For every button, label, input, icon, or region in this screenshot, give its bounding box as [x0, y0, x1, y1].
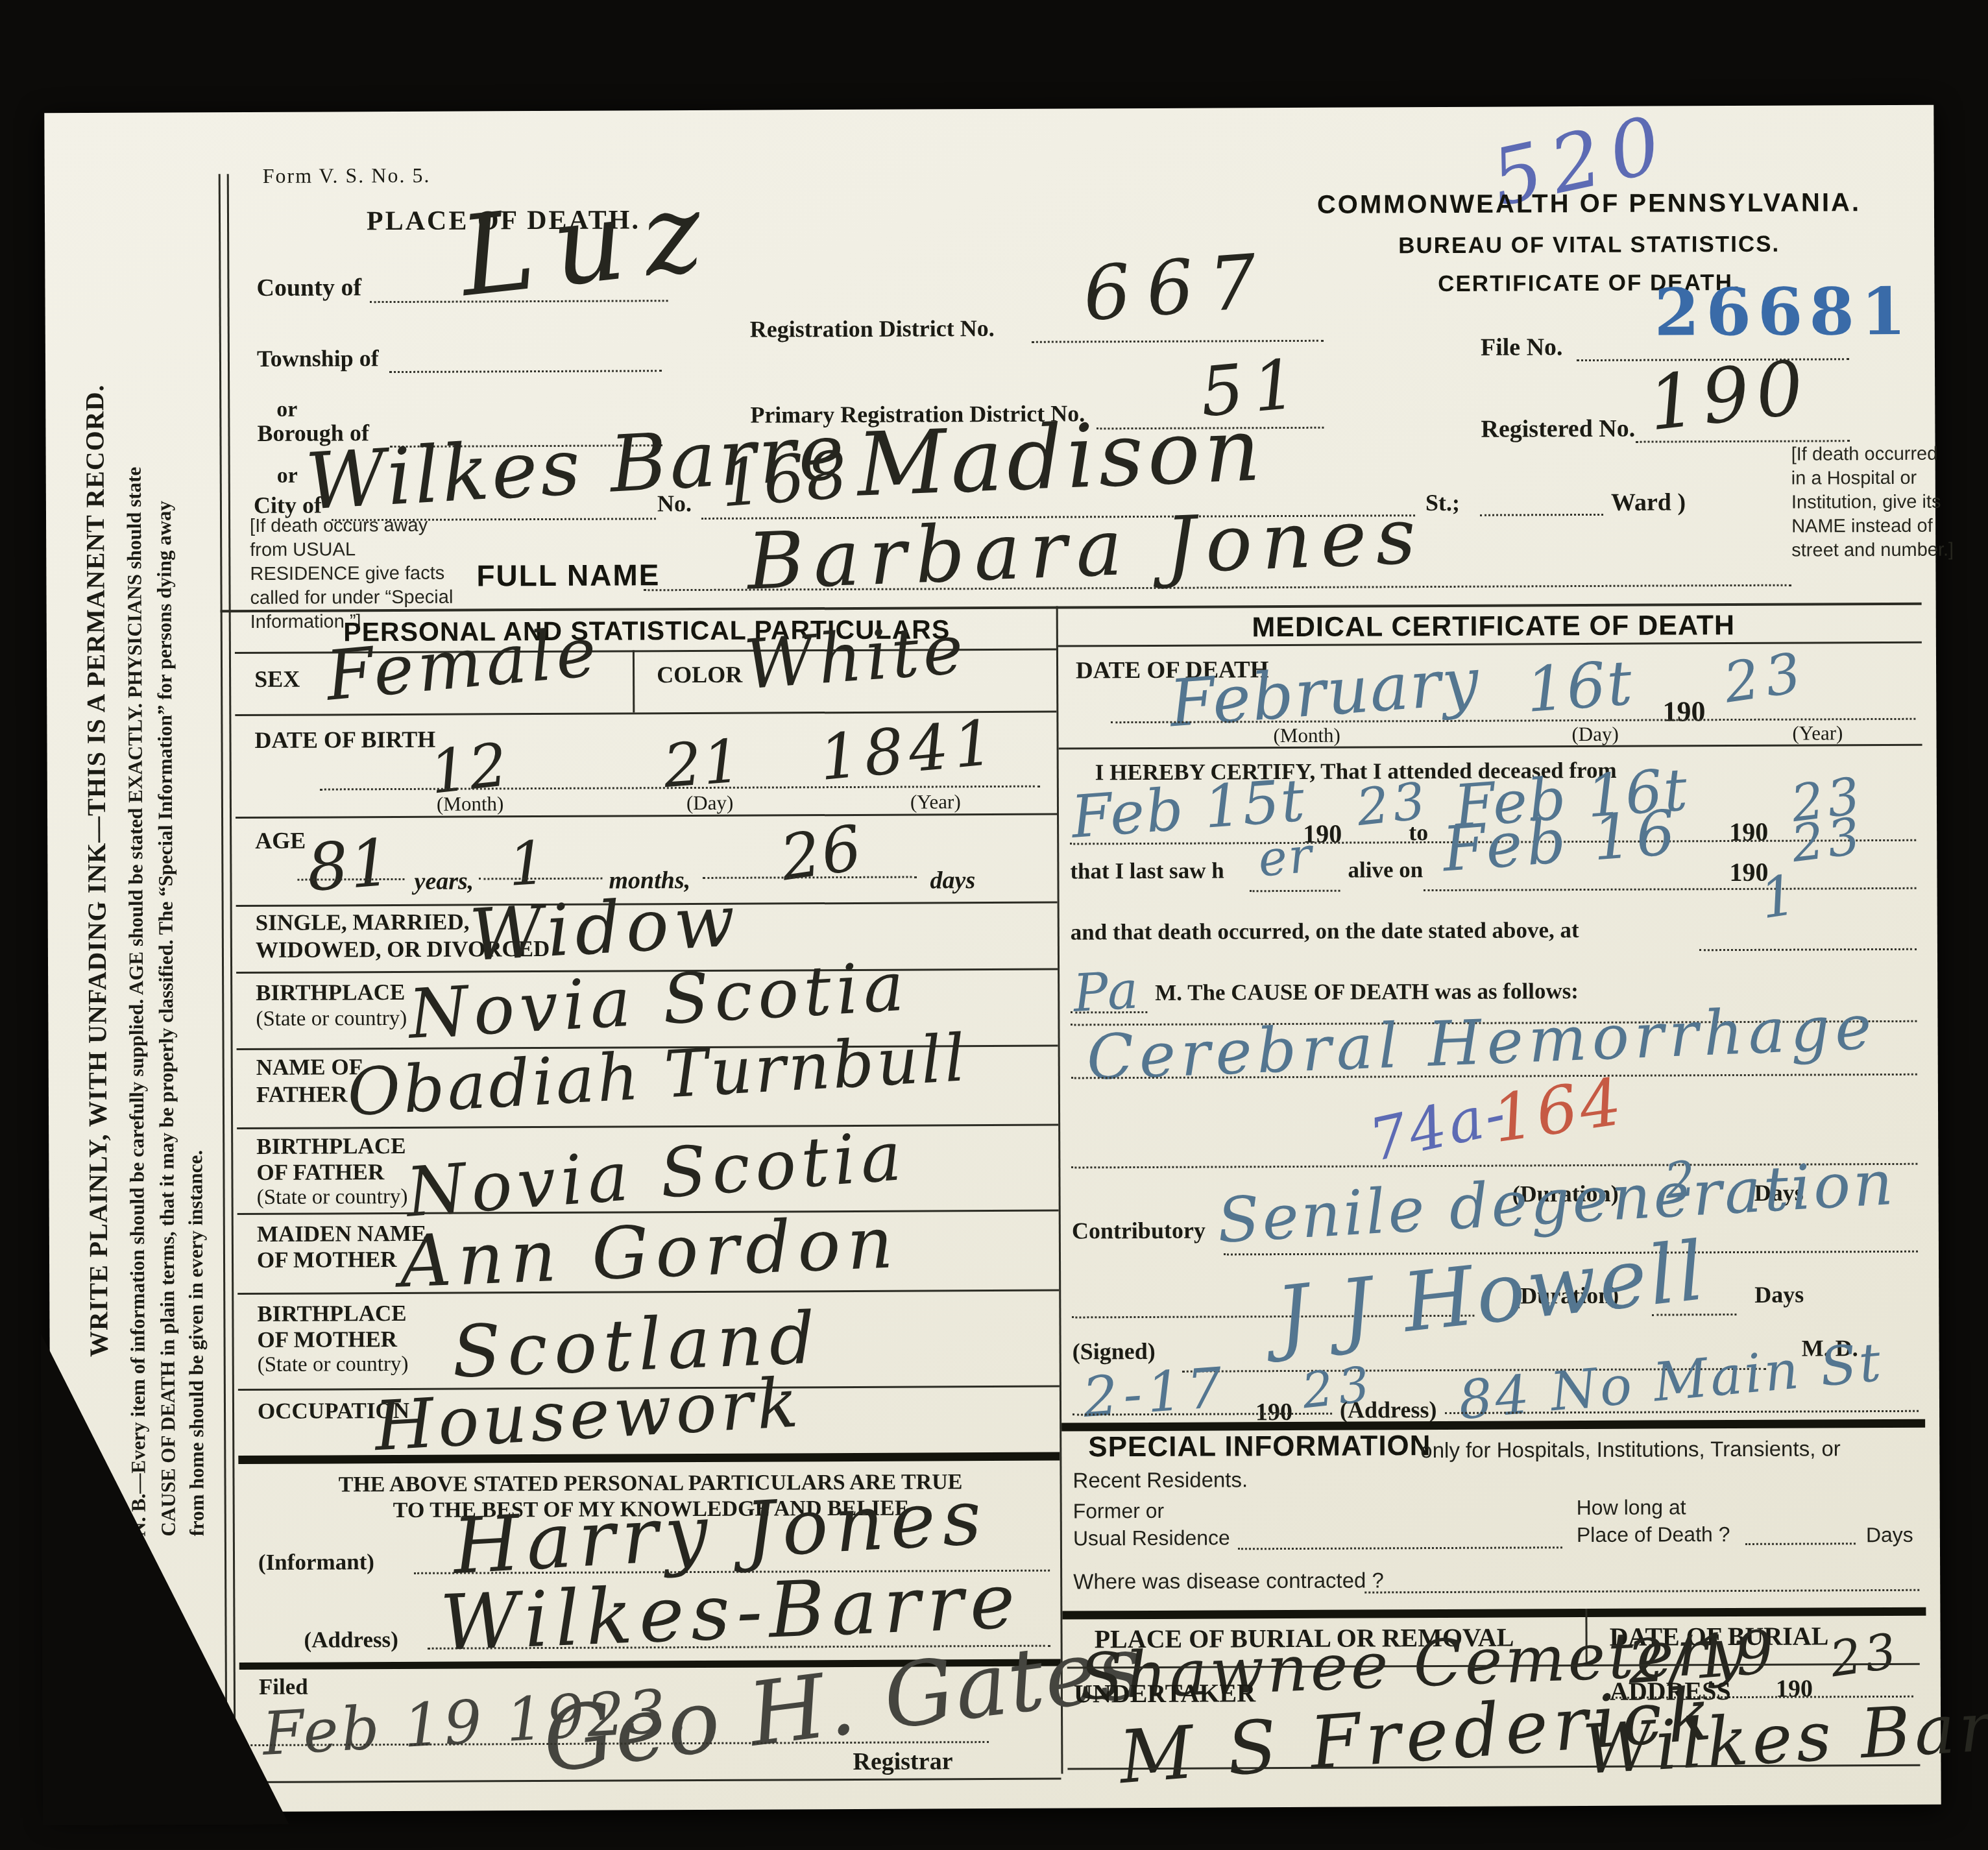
cause-intro-line: M. The CAUSE OF DEATH was as follows:	[1155, 979, 1579, 1004]
signed-date-value: 2-17	[1081, 1360, 1230, 1426]
sex-color-divider	[633, 650, 635, 712]
medical-title: MEDICAL CERTIFICATE OF DEATH	[1117, 611, 1870, 642]
special-info-subtitle: only for Hospitals, Institutions, Transi…	[1420, 1437, 1841, 1461]
death-year-printed: 190	[1662, 697, 1705, 726]
death-day-value: 16t	[1524, 653, 1636, 722]
disease-contracted-dotted	[1364, 1589, 1919, 1594]
margin-note-1: N. B.—Every item of information should b…	[123, 343, 149, 1537]
margin-note-3: from home should be given in every insta…	[184, 952, 207, 1536]
county-label: County of	[256, 275, 361, 300]
personal-section-bar	[238, 1452, 1060, 1465]
age-days-value: 26	[777, 817, 867, 890]
mother-birthplace-subcaption: (State or country)	[258, 1354, 409, 1376]
margin-write-plainly: WRITE PLAINLY, WITH UNFADING INK—THIS IS…	[82, 371, 112, 1357]
registration-district-dotted	[1032, 340, 1324, 343]
hospital-note: [If death occurred in a Hospital or Inst…	[1791, 442, 1954, 564]
dob-day-caption: (Day)	[686, 793, 733, 813]
age-years-word: years,	[414, 869, 474, 893]
how-long-label-line1: How long at	[1577, 1496, 1686, 1518]
how-long-dotted	[1745, 1543, 1856, 1545]
registration-district-value: 667	[1081, 244, 1275, 332]
occurred-line: and that death occurred, on the date sta…	[1071, 919, 1579, 943]
age-dotted-2	[479, 878, 602, 880]
street-name-value: Madison	[855, 405, 1266, 509]
undertaker-label: UNDERTAKER	[1074, 1680, 1255, 1707]
death-year-value: 23	[1721, 645, 1811, 712]
mother-birthplace-label-line1: BIRTHPLACE	[257, 1302, 406, 1325]
full-name-label: FULL NAME	[476, 560, 660, 590]
alive-on-label: alive on	[1348, 858, 1423, 882]
registration-district-label: Registration District No.	[750, 317, 995, 341]
birthplace-label: BIRTHPLACE	[256, 981, 405, 1004]
or-label-1: or	[276, 399, 297, 421]
how-long-days-word: Days	[1866, 1524, 1913, 1545]
mother-birthplace-label-line2: OF MOTHER	[257, 1328, 397, 1351]
file-number-stamp: 26681	[1654, 279, 1912, 345]
ward-dotted	[1480, 514, 1603, 516]
burial-year-value: 23	[1827, 1626, 1903, 1685]
column-divider	[1056, 607, 1063, 1774]
occurred-time-value: 1	[1757, 867, 1801, 927]
margin-note-2: CAUSE OF DEATH in plain terms, that it m…	[153, 343, 178, 1537]
mother-name-label-line2: OF MOTHER	[257, 1248, 397, 1271]
sex-label: SEX	[254, 667, 300, 691]
filed-label: Filed	[259, 1676, 308, 1698]
registered-no-label: Registered No.	[1481, 416, 1635, 442]
color-label: COLOR	[657, 663, 742, 687]
file-no-label: File No.	[1481, 335, 1563, 360]
signed-label: (Signed)	[1073, 1339, 1156, 1363]
father-birthplace-label-line1: BIRTHPLACE	[256, 1135, 406, 1158]
dob-year-value: 1841	[817, 711, 1001, 789]
age-months-value: 1	[507, 833, 550, 895]
certificate-paper: WRITE PLAINLY, WITH UNFADING INK—THIS IS…	[44, 105, 1941, 1813]
or-label-2: or	[277, 465, 298, 487]
dob-label: DATE OF BIRTH	[254, 728, 435, 752]
street-suffix-label: St.;	[1425, 491, 1460, 514]
registered-no-value: 190	[1645, 350, 1814, 442]
last-saw-dotted-2	[1424, 887, 1917, 891]
registrar-label: Registrar	[853, 1749, 952, 1774]
color-value: White	[742, 615, 969, 699]
usual-residence-dotted	[1238, 1546, 1562, 1550]
county-value: Luz	[455, 174, 726, 313]
occupation-value: Housework	[373, 1369, 804, 1461]
township-label: Township of	[257, 346, 379, 370]
last-saw-er-value: er	[1256, 830, 1315, 883]
death-date-row-rule	[1059, 744, 1922, 750]
birthplace-subcaption: (State or country)	[256, 1008, 407, 1030]
dob-row-rule	[236, 813, 1057, 819]
last-saw-year-value: 23	[1789, 811, 1867, 870]
death-year-caption: (Year)	[1792, 723, 1843, 743]
physician-address-label: (Address)	[1340, 1398, 1436, 1422]
burial-section-bar	[1062, 1607, 1926, 1620]
how-long-label-line2: Place of Death ?	[1577, 1524, 1730, 1545]
index-code-red: 164	[1488, 1069, 1628, 1152]
house-number-label: No.	[657, 492, 692, 515]
death-day-caption: (Day)	[1571, 724, 1618, 744]
ward-label: Ward )	[1611, 490, 1686, 515]
marital-label-line1: SINGLE, MARRIED,	[256, 911, 470, 934]
contributory-label: Contributory	[1072, 1219, 1206, 1243]
age-years-value: 81	[305, 830, 394, 901]
pa-dotted	[1071, 1011, 1147, 1014]
township-dotted	[389, 370, 662, 373]
house-number-value: 168	[718, 442, 851, 516]
form-number: Form V. S. No. 5.	[263, 165, 431, 186]
informant-label: (Informant)	[258, 1550, 374, 1574]
last-saw-dotted-1	[1250, 890, 1340, 893]
occurred-dotted	[1699, 948, 1917, 951]
special-info-subtitle-2: Recent Residents.	[1073, 1469, 1248, 1491]
commonwealth-heading: COMMONWEALTH OF PENNSYLVANIA.	[1316, 189, 1861, 218]
dob-year-caption: (Year)	[910, 791, 961, 811]
special-info-title: SPECIAL INFORMATION	[1088, 1432, 1431, 1461]
father-birthplace-label-line2: OF FATHER	[256, 1160, 384, 1184]
margin-rule-outer	[219, 174, 228, 1796]
mother-name-value: Ann Gordon	[398, 1207, 901, 1297]
last-saw-date-value: Feb 16	[1440, 802, 1681, 882]
age-label: AGE	[255, 829, 306, 852]
to-word: to	[1409, 821, 1428, 844]
physician-address-value: 84 No Main St	[1456, 1336, 1885, 1428]
usual-residence-label: Usual Residence	[1073, 1527, 1230, 1548]
age-days-word: days	[930, 868, 975, 893]
father-name-label-line2: FATHER	[256, 1083, 348, 1106]
bureau-heading: BUREAU OF VITAL STATISTICS.	[1316, 232, 1861, 258]
informant-address-label: (Address)	[304, 1628, 398, 1652]
last-saw-prefix: that I last saw h	[1070, 859, 1224, 882]
former-label: Former or	[1073, 1500, 1165, 1522]
death-month-caption: (Month)	[1273, 725, 1340, 745]
duration2-days-word: Days	[1754, 1283, 1804, 1306]
disease-contracted-label: Where was disease contracted ?	[1073, 1569, 1384, 1592]
dob-month-caption: (Month)	[437, 793, 503, 813]
father-birthplace-subcaption: (State or country)	[257, 1186, 408, 1208]
margin-rule-inner	[227, 174, 236, 1796]
